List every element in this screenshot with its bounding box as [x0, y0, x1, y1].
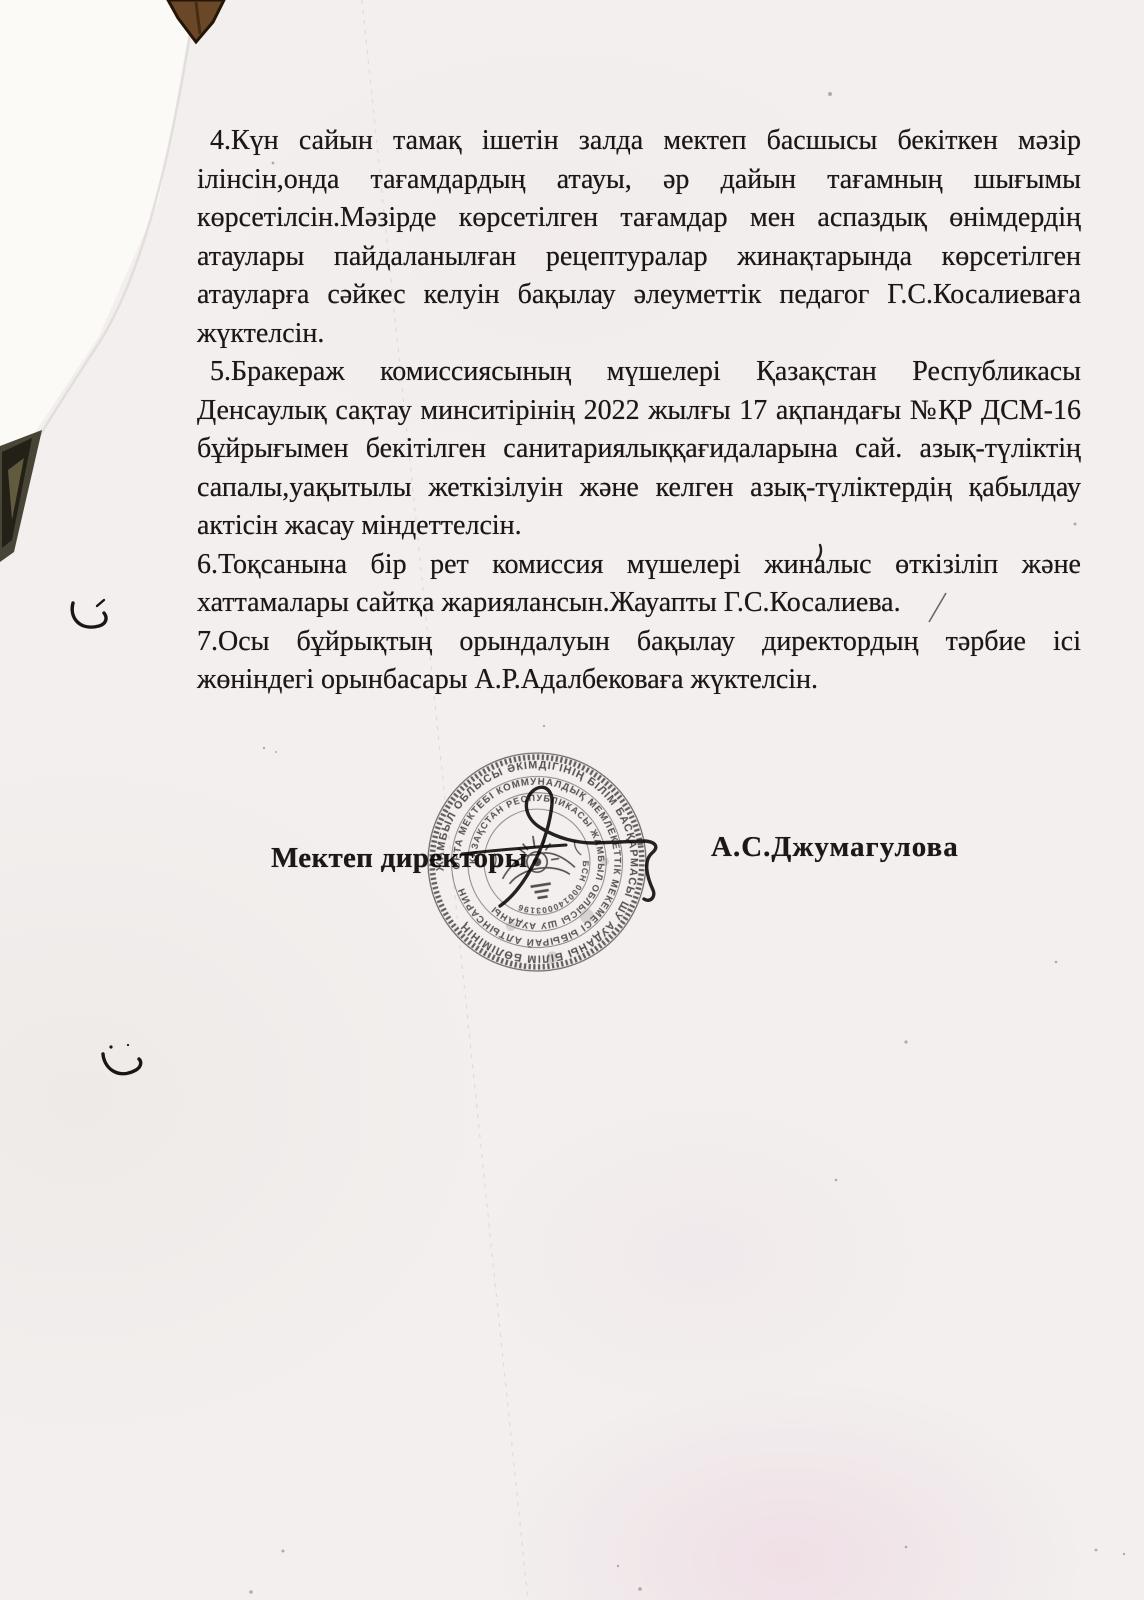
clip-wedge: [168, 0, 224, 42]
official-stamp: ЖАМБЫЛ ОБЛЫСЫ ӘКІМДІГІНІҢ БІЛІМ БАСҚАРМА…: [409, 734, 665, 990]
pen-check-mark-upper: [72, 600, 106, 627]
scanned-document-page: 4.Күн сайын тамақ ішетін залда мектеп ба…: [0, 0, 1144, 1600]
order-item-7: 7.Осы бұйрықтың орындалуын бақылау дирек…: [197, 623, 1081, 700]
order-item-6: 6.Тоқсанына бір рет комиссия мүшелері жи…: [197, 546, 1081, 623]
left-edge-streak-highlight: [8, 458, 24, 520]
order-item-5: 5.Бракераж комиссиясының мүшелері Қазақс…: [197, 353, 1081, 546]
backing-sheet-corner: [0, 0, 196, 508]
left-edge-streak: [0, 430, 42, 562]
left-edge-streak-core: [2, 438, 32, 548]
director-name: А.С.Джумагулова: [711, 831, 959, 864]
pen-check-mark-lower: [103, 1044, 141, 1074]
order-text-block: 4.Күн сайын тамақ ішетін залда мектеп ба…: [197, 122, 1081, 700]
order-item-4: 4.Күн сайын тамақ ішетін залда мектеп ба…: [197, 122, 1081, 353]
page-edge-crease: [0, 4, 195, 506]
clip-wedge-grain: [196, 2, 200, 34]
